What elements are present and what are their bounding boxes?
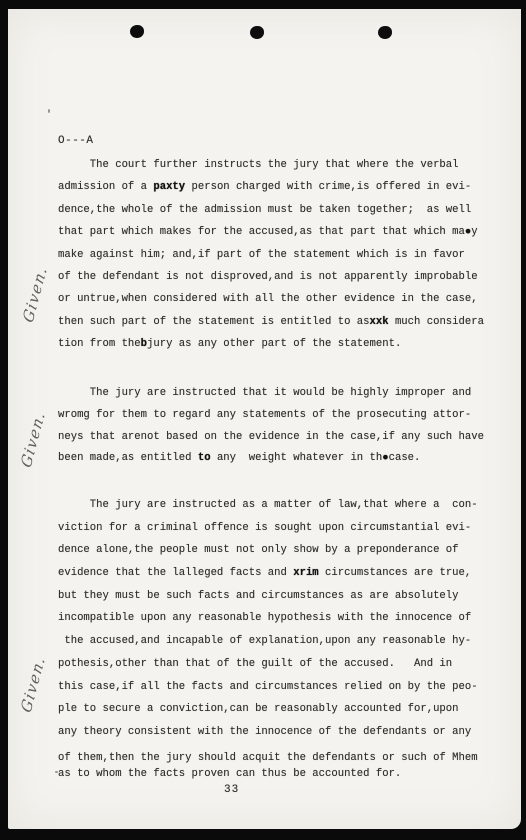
- text-line: or untrue,when considered with all the o…: [58, 293, 484, 315]
- text-line: tion from thebjury as any other part of …: [58, 338, 484, 360]
- page-number: 33: [224, 784, 239, 796]
- text-line: wromg for them to regard any statements …: [58, 409, 484, 431]
- text-line: of them,then the jury should acquit the …: [58, 752, 478, 768]
- text-line: as to whom the facts proven can thus be …: [58, 768, 478, 784]
- text-line: this case,if all the facts and circumsta…: [58, 681, 478, 704]
- text-line: The court further instructs the jury tha…: [58, 159, 484, 181]
- hole-punch-icon: [130, 25, 144, 38]
- text-line: The jury are instructed that it would be…: [58, 387, 484, 409]
- text-line: make against him; and,if part of the sta…: [58, 249, 484, 271]
- text-line: pothesis,other than that of the guilt of…: [58, 658, 478, 681]
- text-line: that part which makes for the accused,as…: [58, 226, 484, 248]
- paragraph-circumstantial-evidence: The jury are instructed as a matter of l…: [58, 499, 478, 749]
- text-line: admission of a paxty person charged with…: [58, 181, 484, 203]
- text-line: been made,as entitled to any weight what…: [58, 452, 484, 474]
- paragraph-prosecuting-attorneys: The jury are instructed that it would be…: [58, 387, 484, 474]
- text-line: of the defendant is not disproved,and is…: [58, 271, 484, 293]
- text-line: evidence that the lalleged facts and xri…: [58, 567, 478, 590]
- text-line: the accused,and incapable of explanation…: [58, 635, 478, 658]
- text-line: neys that arenot based on the evidence i…: [58, 431, 484, 453]
- hole-punch-icon: [378, 26, 392, 39]
- instruction-code: O---A: [58, 135, 94, 147]
- ink-speck: [48, 109, 50, 113]
- hole-punch-icon: [250, 26, 264, 39]
- text-line: incompatible upon any reasonable hypothe…: [58, 612, 478, 635]
- paragraph-verbal-admission: The court further instructs the jury tha…: [58, 159, 484, 361]
- text-line: any theory consistent with the innocence…: [58, 726, 478, 749]
- text-line: ple to secure a conviction,can be reason…: [58, 703, 478, 726]
- text-line: but they must be such facts and circumst…: [58, 590, 478, 613]
- handwritten-given-note: Given.: [12, 237, 57, 350]
- text-line: The jury are instructed as a matter of l…: [58, 499, 478, 522]
- handwritten-given-note: Given.: [10, 382, 55, 495]
- text-line: dence,the whole of the admission must be…: [58, 204, 484, 226]
- text-line: then such part of the statement is entit…: [58, 316, 484, 338]
- handwritten-given-note: Given.: [10, 627, 55, 740]
- text-line: viction for a criminal offence is sought…: [58, 522, 478, 545]
- document-page: O---A The court further instructs the ju…: [8, 9, 521, 829]
- paragraph-acquit-conclusion: of them,then the jury should acquit the …: [58, 752, 478, 783]
- text-line: dence alone,the people must not only sho…: [58, 544, 478, 567]
